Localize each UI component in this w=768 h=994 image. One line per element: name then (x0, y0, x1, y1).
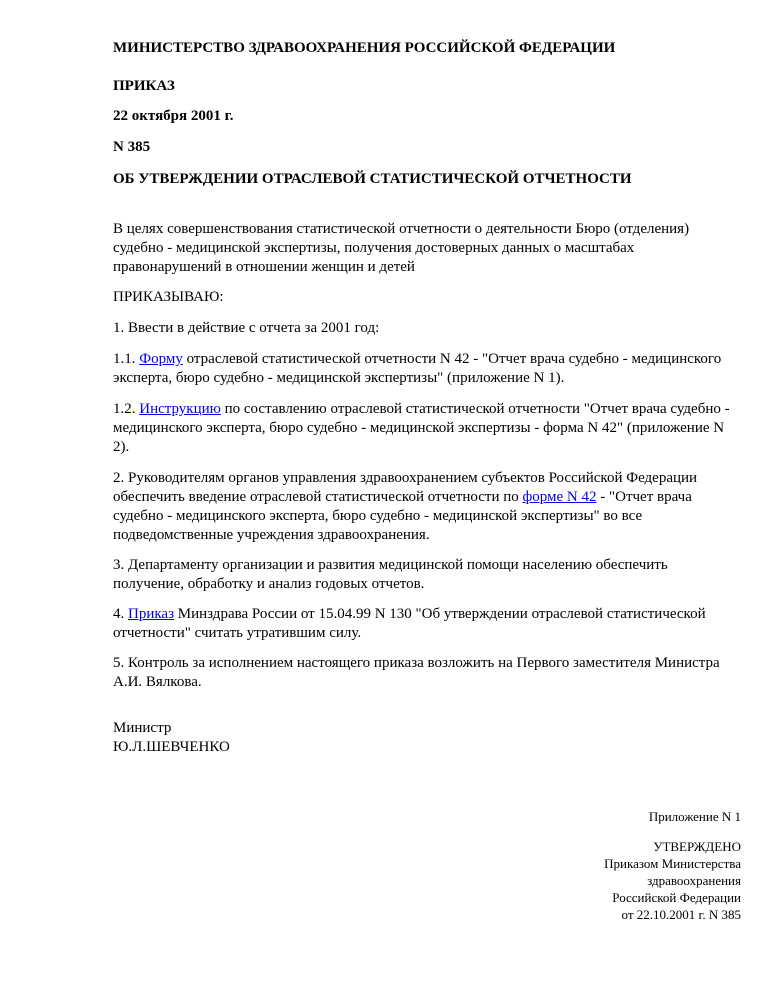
item-1-2-prefix: 1.2. (113, 401, 139, 417)
item-2: 2. Руководителям органов управления здра… (113, 469, 733, 545)
signature-name: Ю.Л.ШЕВЧЕНКО (113, 738, 230, 757)
approved-label: УТВЕРЖДЕНО (653, 838, 741, 855)
form-link[interactable]: Форму (139, 351, 183, 367)
order-word: ПРИКАЗЫВАЮ: (113, 288, 733, 307)
item-3: 3. Департаменту организации и развития м… (113, 556, 733, 594)
item-1-1: 1.1. Форму отраслевой статистической отч… (113, 350, 733, 388)
item-1-1-prefix: 1.1. (113, 351, 139, 367)
ministry-heading: МИНИСТЕРСТВО ЗДРАВООХРАНЕНИЯ РОССИЙСКОЙ … (113, 40, 615, 57)
approved-line-4: от 22.10.2001 г. N 385 (621, 906, 741, 923)
item-4: 4. Приказ Минздрава России от 15.04.99 N… (113, 605, 733, 643)
approved-line-1: Приказом Министерства (604, 855, 741, 872)
appendix-label: Приложение N 1 (649, 808, 741, 825)
item-5: 5. Контроль за исполнением настоящего пр… (113, 654, 733, 692)
document-date: 22 октября 2001 г. (113, 108, 234, 125)
approved-line-2: здравоохранения (647, 872, 741, 889)
signature-position: Министр (113, 719, 171, 738)
document-type: ПРИКАЗ (113, 78, 175, 95)
item-1-1-text: отраслевой статистической отчетности N 4… (113, 351, 721, 386)
item-4-prefix: 4. (113, 606, 128, 622)
instruction-link[interactable]: Инструкцию (139, 401, 221, 417)
preamble-paragraph: В целях совершенствования статистической… (113, 220, 733, 277)
item-1: 1. Ввести в действие с отчета за 2001 го… (113, 319, 733, 338)
document-number: N 385 (113, 139, 150, 156)
form-42-link[interactable]: форме N 42 (523, 489, 597, 505)
item-1-2: 1.2. Инструкцию по составлению отраслево… (113, 400, 733, 457)
document-title: ОБ УТВЕРЖДЕНИИ ОТРАСЛЕВОЙ СТАТИСТИЧЕСКОЙ… (113, 171, 632, 188)
order-link[interactable]: Приказ (128, 606, 174, 622)
approved-line-3: Российской Федерации (612, 889, 741, 906)
item-4-text: Минздрава России от 15.04.99 N 130 "Об у… (113, 606, 706, 641)
